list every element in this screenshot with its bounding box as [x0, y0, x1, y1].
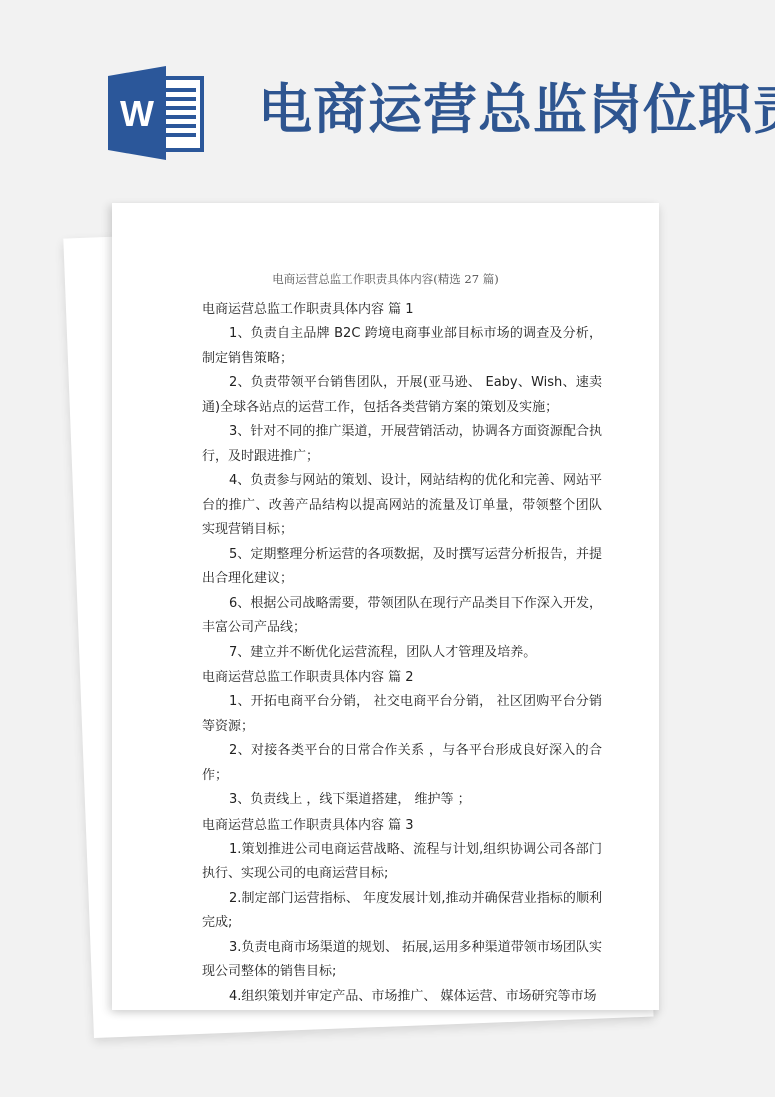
list-item: 2、负责带领平台销售团队，开展(亚马逊、 Eaby、Wish、速卖通)全球各站点…	[202, 371, 602, 420]
list-item: 1.策划推进公司电商运营战略、流程与计划,组织协调公司各部门执行、实现公司的电商…	[202, 838, 602, 887]
list-item: 5、定期整理分析运营的各项数据，及时撰写运营分析报告，并提出合理化建议；	[202, 543, 602, 592]
section-title: 电商运营总监工作职责具体内容 篇 2	[202, 665, 602, 690]
section-title: 电商运营总监工作职责具体内容 篇 1	[202, 297, 602, 322]
svg-text:W: W	[120, 93, 154, 134]
list-item: 4.组织策划并审定产品、市场推广、 媒体运营、市场研究等市场	[202, 985, 602, 1010]
section-1: 电商运营总监工作职责具体内容 篇 1 1、负责自主品牌 B2C 跨境电商事业部目…	[202, 297, 602, 665]
list-item: 1、开拓电商平台分销， 社交电商平台分销， 社区团购平台分销等资源；	[202, 690, 602, 739]
document-subtitle: 电商运营总监工作职责具体内容(精选 27 篇)	[112, 271, 659, 287]
list-item: 7、建立并不断优化运营流程，团队人才管理及培养。	[202, 641, 602, 666]
section-3: 电商运营总监工作职责具体内容 篇 3 1.策划推进公司电商运营战略、流程与计划,…	[202, 813, 602, 1010]
list-item: 2.制定部门运营指标、 年度发展计划,推动并确保营业指标的顺利完成;	[202, 887, 602, 936]
document-page: 电商运营总监工作职责具体内容(精选 27 篇) 电商运营总监工作职责具体内容 篇…	[112, 203, 659, 1010]
page-title: 电商运营总监岗位职责	[258, 74, 775, 144]
section-2: 电商运营总监工作职责具体内容 篇 2 1、开拓电商平台分销， 社交电商平台分销，…	[202, 665, 602, 813]
list-item: 3、负责线上 ，线下渠道搭建， 维护等 ；	[202, 788, 602, 813]
list-item: 6、根据公司战略需要，带领团队在现行产品类目下作深入开发，丰富公司产品线；	[202, 592, 602, 641]
section-title: 电商运营总监工作职责具体内容 篇 3	[202, 813, 602, 838]
list-item: 2、对接各类平台的日常合作关系 ，与各平台形成良好深入的合作；	[202, 739, 602, 788]
page-header: W 电商运营总监岗位职责	[0, 0, 775, 190]
list-item: 4、负责参与网站的策划、设计，网站结构的优化和完善、网站平台的推广、改善产品结构…	[202, 469, 602, 543]
word-document-icon: W	[106, 66, 208, 160]
list-item: 1、负责自主品牌 B2C 跨境电商事业部目标市场的调查及分析，制定销售策略；	[202, 322, 602, 371]
document-body: 电商运营总监工作职责具体内容 篇 1 1、负责自主品牌 B2C 跨境电商事业部目…	[202, 297, 602, 1009]
list-item: 3.负责电商市场渠道的规划、 拓展,运用多种渠道带领市场团队实现公司整体的销售目…	[202, 936, 602, 985]
list-item: 3、针对不同的推广渠道，开展营销活动，协调各方面资源配合执行，及时跟进推广；	[202, 420, 602, 469]
